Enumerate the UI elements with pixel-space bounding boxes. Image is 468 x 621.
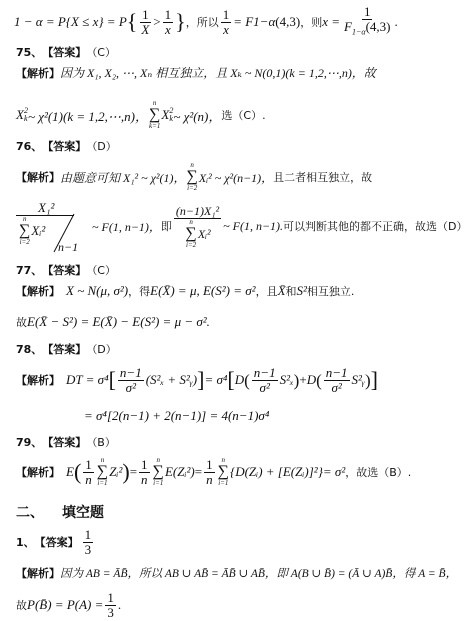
sum-symbol: n∑k=1: [149, 100, 160, 130]
section-number: 二、: [16, 502, 44, 522]
fill1-answer: 1、 【答案】 13: [16, 527, 95, 557]
math: E(X̄) = μ, E(S²) = σ²: [150, 283, 255, 299]
q78-analysis-line2: = σ⁴[2(n−1) + 2(n−1)] = 4(n−1)σ⁴: [84, 408, 269, 424]
sum-symbol: n∑i=2: [186, 162, 197, 192]
q75-analysis-line2: X2k ~ χ²(1)(k = 1,2,⋯,n)， n∑k=1 X2k ~ χ²…: [16, 98, 266, 132]
f-quantile: = F: [233, 14, 253, 30]
brace-open: {: [127, 11, 138, 33]
text: 故: [16, 597, 27, 613]
math: E(Zᵢ²): [165, 464, 195, 480]
answer-label: 【答案】: [42, 138, 86, 154]
text: ，且: [256, 283, 278, 299]
fraction-1-over-x: 1x: [163, 8, 174, 37]
q77-answer: 77、 【答案】 （C）: [16, 262, 116, 278]
conclusion-text: 可以判断其他的都不正确，故选（D）.: [283, 218, 468, 234]
answer-value: （C）: [86, 44, 116, 60]
analysis-text: 因为 AB = ĀB̄，所以 AB ∪ AB̄ = ĀB̄ ∪ AB̄，即 A(…: [60, 565, 457, 581]
question-number: 76、: [16, 138, 42, 154]
equals: =: [195, 464, 202, 480]
math: = σ⁴: [204, 372, 227, 388]
math: X̄: [278, 283, 286, 299]
answer-value: （C）: [86, 262, 116, 278]
math: Zᵢ²: [109, 464, 122, 480]
q76-analysis-line1: 【解析】 由题意可知 X₁² ~ χ²(1)， n∑i=2 Xᵢ² ~ χ²(n…: [16, 160, 372, 194]
math: S²: [297, 283, 307, 299]
conclusion-text: ，故选（B）.: [345, 464, 411, 480]
math-x: X: [16, 107, 24, 123]
q76-answer: 76、 【答案】 （D）: [16, 138, 117, 154]
q79-answer: 79、 【答案】 （B）: [16, 434, 116, 450]
f-distribution: ~ F(1, n−1)，: [92, 218, 161, 235]
question-number: 1、: [16, 534, 35, 550]
q77-analysis-line2: 故 E(X̄ − S²) = E(X̄) − E(S²) = μ − σ².: [16, 314, 210, 330]
answer-value: （D）: [86, 138, 116, 154]
choose-c: 选（C）.: [221, 107, 265, 123]
q75-answer: 75、 【答案】 （C）: [16, 44, 116, 60]
x-equals: x =: [322, 14, 340, 30]
text: 相互独立.: [307, 283, 355, 299]
brace-close: }: [175, 11, 186, 33]
math: E(X̄ − S²) = E(X̄) − E(S²) = μ − σ².: [27, 314, 210, 330]
math: P(B̄) = P(A) =: [27, 597, 103, 613]
answer-label: 【答案】: [42, 262, 86, 278]
text-ie: 即: [161, 218, 172, 234]
text: 故: [16, 314, 27, 330]
answer-label: 【答案】: [42, 341, 86, 357]
question-number: 77、: [16, 262, 42, 278]
math-x: X: [161, 107, 169, 123]
section-heading: 二、 填空题: [16, 502, 104, 522]
q79-analysis-line1: 【解析】 E ( 1n n∑i=1 Zᵢ² ) = 1n n∑i=1 E(Zᵢ²…: [16, 452, 411, 492]
plus: +: [299, 372, 306, 388]
equals: =: [130, 464, 137, 480]
question-number: 75、: [16, 44, 42, 60]
analysis-math: 由题意可知 X₁² ~ χ²(1)，: [60, 169, 185, 186]
analysis-label: 【解析】: [16, 372, 60, 388]
formula-lhs: 1 − α = P{X ≤ x} = P: [14, 14, 127, 30]
math: D: [235, 372, 244, 388]
math: X ~ N(μ, σ²): [66, 283, 128, 299]
analysis-label: 【解析】: [16, 565, 60, 581]
gt-sign: >: [153, 14, 160, 30]
math: (S²ₓ + S²ᵧ): [146, 372, 197, 388]
fraction-1-over-x-2: 1x: [221, 8, 232, 37]
q76-analysis-line2: X₁² n∑i=2 Xᵢ² n−1 ~ F(1, n−1)， 即 (n−1)X₁…: [16, 198, 468, 254]
question-number: 79、: [16, 434, 42, 450]
text-then: ，则: [300, 14, 322, 30]
period: .: [394, 14, 397, 30]
section-title: 填空题: [62, 502, 104, 522]
question-number: 78、: [16, 341, 42, 357]
q75-analysis-line1: 【解析】 因为 X₁, X₂, ⋯, Xₙ 相互独立，且 Xₖ ~ N(0,1)…: [16, 64, 376, 81]
answer-label: 【答案】: [42, 44, 86, 60]
text: ，得: [128, 283, 150, 299]
analysis-text: 因为 X₁, X₂, ⋯, Xₙ 相互独立，且 Xₖ ~ N(0,1)(k = …: [60, 64, 376, 81]
period: .: [118, 597, 121, 613]
math: DT = σ⁴: [66, 372, 109, 388]
chi-square-n: ~ χ²(n)，: [173, 106, 221, 125]
q77-analysis-line1: 【解析】 X ~ N(μ, σ²) ，得 E(X̄) = μ, E(S²) = …: [16, 283, 354, 299]
answer-value: （D）: [86, 341, 116, 357]
f-distribution: ~ F(1, n−1).: [223, 219, 283, 234]
answer-label: 【答案】: [42, 434, 86, 450]
f-subscript: 1−α: [253, 14, 275, 30]
math: S²ₓ: [280, 372, 294, 388]
analysis-label: 【解析】: [16, 283, 60, 299]
math: {D(Zᵢ) + [E(Zᵢ)]²}: [230, 464, 323, 480]
fill1-analysis-line2: 故 P(B̄) = P(A) = 13 .: [16, 590, 121, 620]
math: = σ²: [323, 464, 345, 480]
text: 和: [286, 283, 297, 299]
f-args: (4,3): [275, 14, 300, 30]
fraction: n−1σ²: [118, 366, 144, 395]
math: = σ⁴[2(n−1) + 2(n−1)] = 4(n−1)σ⁴: [84, 408, 269, 424]
fraction-1-over-X: 1X: [139, 8, 151, 37]
fraction-scaled: (n−1)X₁² n∑i=2Xᵢ²: [174, 204, 221, 249]
fill1-analysis-line1: 【解析】 因为 AB = ĀB̄，所以 AB ∪ AB̄ = ĀB̄ ∪ AB̄…: [16, 565, 457, 581]
analysis-label: 【解析】: [16, 169, 60, 185]
answer-label: 【答案】: [35, 534, 79, 550]
formula-line-top: 1 − α = P{X ≤ x} = P { 1X > 1x } ，所以 1x …: [14, 4, 398, 40]
analysis-label: 【解析】: [16, 464, 60, 480]
analysis-label: 【解析】: [16, 65, 60, 81]
math: D: [307, 372, 316, 388]
answer-value: （B）: [86, 434, 116, 450]
text-so: ，所以: [186, 14, 219, 30]
analysis-text: 且二者相互独立，故: [273, 169, 372, 185]
answer-fraction: 13: [83, 528, 94, 557]
fraction-1-over-F: 1 F1−α(4,3): [342, 5, 392, 40]
q78-analysis-line1: 【解析】 DT = σ⁴ [ n−1σ² (S²ₓ + S²ᵧ) ] = σ⁴ …: [16, 360, 378, 400]
math: S²ᵧ: [352, 372, 365, 388]
math: E: [66, 464, 74, 480]
analysis-math: Xᵢ² ~ χ²(n−1)，: [199, 169, 273, 186]
chi-square-text: ~ χ²(1)(k = 1,2,⋯,n)，: [28, 106, 148, 125]
compound-fraction: X₁² n∑i=2 Xᵢ² n−1: [16, 198, 92, 254]
q78-answer: 78、 【答案】 （D）: [16, 341, 117, 357]
